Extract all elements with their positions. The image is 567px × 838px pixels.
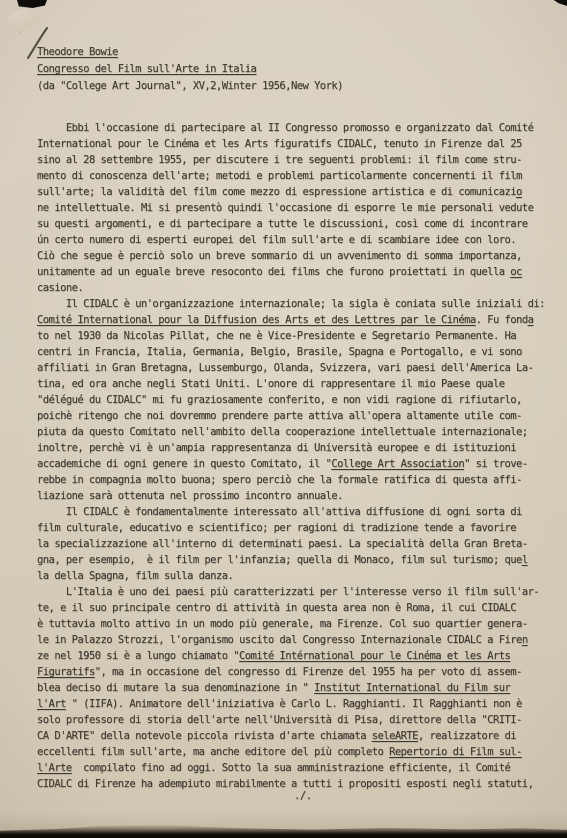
underlined-text-segment: l <box>522 554 528 566</box>
text-segment: (da "College Art Journal", XV,2,Winter 1… <box>37 80 343 92</box>
text-segment: la specializzazione all'interno di deter… <box>37 538 528 550</box>
scanned-document-page: Theodore BowieCongresso del Film sull'Ar… <box>0 0 567 838</box>
text-line: accademiche di ogni genere in questo Com… <box>37 456 545 472</box>
underlined-text-segment: Congresso del Film sull'Arte in Italia <box>37 63 256 75</box>
text-segment: sull'arte; la validità del film come mez… <box>37 186 516 198</box>
underlined-text-segment: a <box>528 314 534 326</box>
text-line: Ebbi l'occasione di partecipare al II Co… <box>37 120 545 136</box>
text-line: Figuratifs", ma in occasione del congres… <box>37 664 545 680</box>
text-line: le in Palazzo Strozzi, l'organismo uscit… <box>37 632 545 648</box>
text-line: ne intellettuale. Mi si presentò quindi … <box>37 200 545 216</box>
text-line: è tuttavia molto attivo in un modo più g… <box>37 616 545 632</box>
text-line: su questi argomenti, e di partecipare a … <box>37 216 545 232</box>
text-line: L'Italia è uno dei paesi più caratterizz… <box>37 584 545 600</box>
text-segment: CIDALC di Firenze ha adempiuto mirabilme… <box>37 778 533 790</box>
text-segment: inoltre, perchè vi è un'ampia rappresent… <box>37 442 516 454</box>
text-segment: Ebbi l'occasione di partecipare al II Co… <box>37 122 533 134</box>
text-segment: compilato fino ad oggi. Sotto la sua amm… <box>72 762 511 774</box>
text-segment: L'Italia è uno dei paesi più caratterizz… <box>37 586 539 598</box>
text-line: piuta da questo Comitato nell'ambito del… <box>37 424 545 440</box>
underlined-text-segment: l'Arte <box>37 762 72 774</box>
text-line: Ciò che segue è perciò solo un breve som… <box>37 248 545 264</box>
text-segment: accademiche di ogni genere in questo Com… <box>37 458 331 470</box>
text-line: Il CIDALC è fondamentalmente interessato… <box>37 504 545 520</box>
underlined-text-segment: Institut International du Film sur <box>314 682 510 694</box>
text-line: mento di conoscenza dell'arte; metodi e … <box>37 168 545 184</box>
underlined-text-segment: Comité Intérnational pour le Cinéma et l… <box>239 650 510 662</box>
text-line: sino al 28 settembre 1955, per discutere… <box>37 152 545 168</box>
text-segment: to nel 1930 da Nicolas Pillat, che ne è … <box>37 330 516 342</box>
text-line: liazione sarà ottenuta nel prossimo inco… <box>37 488 545 504</box>
text-segment: ze nel 1950 si è a lungo chiamato " <box>37 650 239 662</box>
text-line: gna, per esempio, è il film per l'infanz… <box>37 552 545 568</box>
text-line: Theodore Bowie <box>37 44 343 61</box>
text-line: solo professore di storia dell'arte nell… <box>37 712 545 728</box>
text-line: la specializzazione all'interno di deter… <box>37 536 545 552</box>
underlined-text-segment: n <box>522 634 528 646</box>
text-line: "délégué du CIDALC" mi fu graziosamente … <box>37 392 545 408</box>
text-segment: eccellenti film sull'arte, ma anche edit… <box>37 746 389 758</box>
text-line: to nel 1930 da Nicolas Pillat, che ne è … <box>37 328 545 344</box>
text-line: (da "College Art Journal", XV,2,Winter 1… <box>37 78 343 95</box>
text-segment: centri in Francia, Italia, Germania, Bel… <box>37 346 522 358</box>
text-line: ún certo numero di esperti europei del f… <box>37 232 545 248</box>
document-header: Theodore BowieCongresso del Film sull'Ar… <box>37 44 343 95</box>
top-left-binding-mark <box>17 0 47 8</box>
text-segment: affiliati in Gran Bretagna, Lussemburgo,… <box>37 362 533 374</box>
text-line: Comité International pour la Diffusion d… <box>37 312 545 328</box>
text-line: sull'arte; la validità del film come mez… <box>37 184 545 200</box>
document-body: Ebbi l'occasione di partecipare al II Co… <box>37 120 545 792</box>
underlined-text-segment: Theodore Bowie <box>37 46 118 58</box>
underlined-text-segment: o <box>516 186 522 198</box>
text-line: l'Arte compilato fino ad oggi. Sotto la … <box>37 760 545 776</box>
underlined-text-segment: Repertorio di Film sul- <box>389 746 522 758</box>
underlined-text-segment: College Art Association <box>331 458 464 470</box>
underlined-text-segment: Comité International pour la Diffusion d… <box>37 314 476 326</box>
text-segment: ", ma in occasione del congresso di Fire… <box>95 666 522 678</box>
underlined-text-segment: seleARTE <box>372 730 418 742</box>
text-line: ze nel 1950 si è a lungo chiamato "Comit… <box>37 648 545 664</box>
text-line: inoltre, perchè vi è un'ampia rappresent… <box>37 440 545 456</box>
text-segment: su questi argomenti, e di partecipare a … <box>37 218 528 230</box>
text-line: CA D'ARTE" della notevole piccola rivist… <box>37 728 545 744</box>
text-segment: " (IIFA). Animatore dell'iniziativa è Ca… <box>66 698 522 710</box>
text-line: CIDALC di Firenze ha adempiuto mirabilme… <box>37 776 545 792</box>
text-line: Il CIDALC è un'organizzazione internazio… <box>37 296 545 312</box>
text-line: rebbe in compagnia molto buona; spero pe… <box>37 472 545 488</box>
text-line: te, e il suo principale centro di attivi… <box>37 600 545 616</box>
text-segment: poichè ritengo che noi dovremmo prendere… <box>37 410 522 422</box>
text-segment: "délégué du CIDALC" mi fu graziosamente … <box>37 394 522 406</box>
text-line: blea deciso di mutare la sua denominazio… <box>37 680 545 696</box>
text-segment: , realizzatore di <box>418 730 516 742</box>
underlined-text-segment: Figuratifs <box>37 666 95 678</box>
text-line: casione. <box>37 280 545 296</box>
text-segment: Ciò che segue è perciò solo un breve som… <box>37 250 522 262</box>
text-segment: casione. <box>37 282 83 294</box>
text-segment: Il CIDALC è fondamentalmente interessato… <box>37 506 522 518</box>
text-line: la della Spagna, film sulla danza. <box>37 568 545 584</box>
text-segment: International pour le Cinéma et les Arts… <box>37 138 522 150</box>
text-segment: solo professore di storia dell'arte nell… <box>37 714 522 726</box>
text-line: film culturale, educativo e scientifico;… <box>37 520 545 536</box>
text-segment: liazione sarà ottenuta nel prossimo inco… <box>37 490 343 502</box>
text-line: poichè ritengo che noi dovremmo prendere… <box>37 408 545 424</box>
text-line: International pour le Cinéma et les Arts… <box>37 136 545 152</box>
underlined-text-segment: l'Art <box>37 698 66 710</box>
text-line: tina, ed ora anche negli Stati Uniti. L'… <box>37 376 545 392</box>
underlined-text-segment: oc <box>510 266 522 278</box>
text-segment: sino al 28 settembre 1955, per discutere… <box>37 154 522 166</box>
text-line: unitamente ad un eguale breve resoconto … <box>37 264 545 280</box>
text-segment: . Fu fond <box>476 314 528 326</box>
text-segment: ún certo numero di esperti europei del f… <box>37 234 516 246</box>
text-segment: la della Spagna, film sulla danza. <box>37 570 233 582</box>
text-segment: mento di conoscenza dell'arte; metodi e … <box>37 170 522 182</box>
text-line: affiliati in Gran Bretagna, Lussemburgo,… <box>37 360 545 376</box>
text-segment: è tuttavia molto attivo in un modo più g… <box>37 618 528 630</box>
text-segment: Il CIDALC è un'organizzazione internazio… <box>37 298 545 310</box>
text-segment: blea deciso di mutare la sua denominazio… <box>37 682 314 694</box>
page-continuation-mark: ./. <box>294 790 311 802</box>
text-line: centri in Francia, Italia, Germania, Bel… <box>37 344 545 360</box>
text-segment: unitamente ad un eguale breve resoconto … <box>37 266 510 278</box>
text-segment: CA D'ARTE" della notevole piccola rivist… <box>37 730 372 742</box>
top-right-binding-mark <box>552 0 567 6</box>
text-segment: ne intellettuale. Mi si presentò quindi … <box>37 202 533 214</box>
text-segment: tina, ed ora anche negli Stati Uniti. L'… <box>37 378 505 390</box>
text-segment: le in Palazzo Strozzi, l'organismo uscit… <box>37 634 522 646</box>
text-line: eccellenti film sull'arte, ma anche edit… <box>37 744 545 760</box>
text-segment: piuta da questo Comitato nell'ambito del… <box>37 426 528 438</box>
text-segment: film culturale, educativo e scientifico;… <box>37 522 516 534</box>
text-segment: rebbe in compagnia molto buona; spero pe… <box>37 474 522 486</box>
text-segment: " si trove- <box>464 458 528 470</box>
text-line: Congresso del Film sull'Arte in Italia <box>37 61 343 78</box>
text-segment: te, e il suo principale centro di attivi… <box>37 602 516 614</box>
text-line: l'Art " (IIFA). Animatore dell'iniziativ… <box>37 696 545 712</box>
text-segment: gna, per esempio, è il film per l'infanz… <box>37 554 522 566</box>
